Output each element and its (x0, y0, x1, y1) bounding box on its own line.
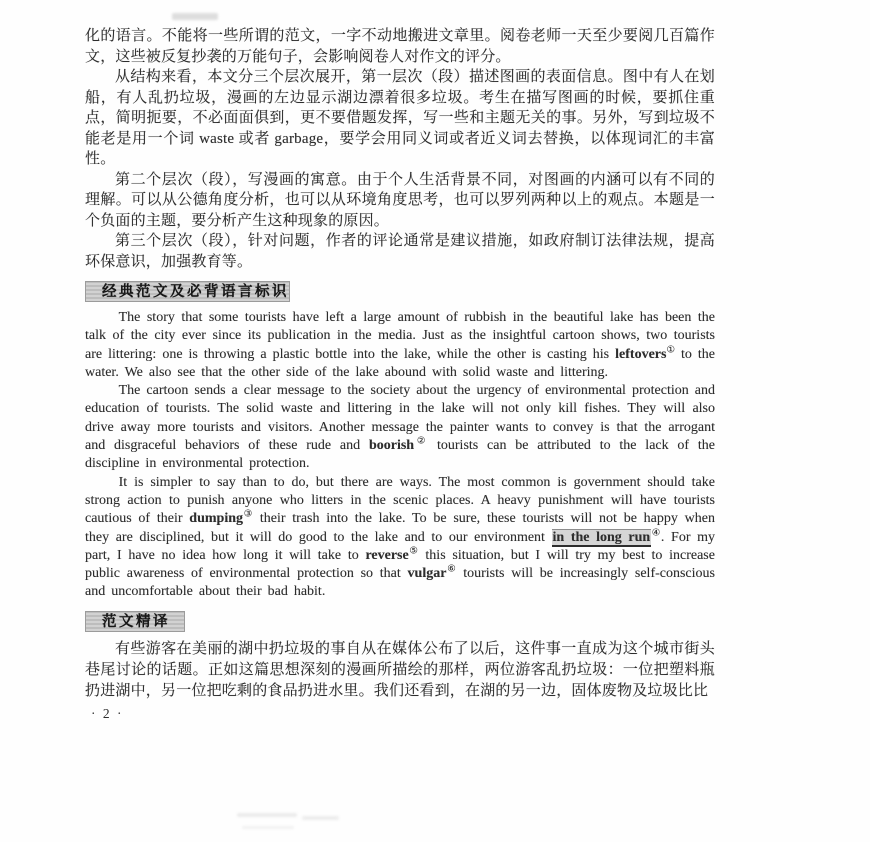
scan-smudge-bottom-2 (302, 816, 339, 820)
vocab-bold-word: dumping (189, 511, 243, 526)
essay-paragraph-1: The story that some tourists have left a… (85, 309, 715, 382)
vocab-bold-word: vulgar (408, 566, 447, 581)
page-number: · 2 · (85, 706, 715, 722)
footnote-marker: ② (414, 436, 428, 446)
guidance-level2-paragraph: 第二个层次（段），写漫画的寓意。由于个人生活背景不同，对图画的内涵可以有不同的理… (85, 170, 715, 232)
guidance-continuation-paragraph: 化的语言。不能将一些所谓的范文，一字不动地搬进文章里。阅卷老师一天至少要阅几百篇… (85, 26, 715, 67)
guidance-structure-paragraph: 从结构来看，本文分三个层次展开，第一层次（段）描述图画的表面信息。图中有人在划船… (85, 67, 715, 170)
scan-smudge-top (172, 13, 218, 20)
translation-paragraph: 有些游客在美丽的湖中扔垃圾的事自从在媒体公布了以后，这件事一直成为这个城市街头巷… (85, 639, 715, 702)
vocab-bold-word: boorish (369, 438, 414, 453)
essay-paragraph-2: The cartoon sends a clear message to the… (85, 382, 715, 473)
section-header-model-essay: 经典范文及必背语言标识 (85, 281, 290, 302)
model-essay-block: The story that some tourists have left a… (85, 309, 715, 602)
footnote-marker: ① (666, 345, 675, 355)
footnote-marker: ④ (651, 528, 661, 538)
highlighted-phrase: in the long run (552, 529, 652, 547)
footnote-marker: ③ (243, 510, 253, 520)
footnote-marker: ⑤ (409, 546, 419, 556)
guidance-level3-paragraph: 第三个层次（段），针对问题，作者的评论通常是建议措施，如政府制订法律法规，提高环… (85, 231, 715, 272)
scanned-page: 化的语言。不能将一些所谓的范文，一字不动地搬进文章里。阅卷老师一天至少要阅几百篇… (85, 26, 715, 722)
vocab-bold-word: reverse (365, 548, 408, 563)
scan-smudge-bottom-1 (237, 813, 297, 817)
essay-paragraph-3: It is simpler to say than to do, but the… (85, 474, 715, 602)
scan-smudge-bottom-3 (242, 826, 294, 829)
vocab-bold-word: leftovers (615, 347, 666, 362)
section-header-translation: 范文精译 (85, 611, 185, 632)
footnote-marker: ⑥ (446, 565, 456, 575)
